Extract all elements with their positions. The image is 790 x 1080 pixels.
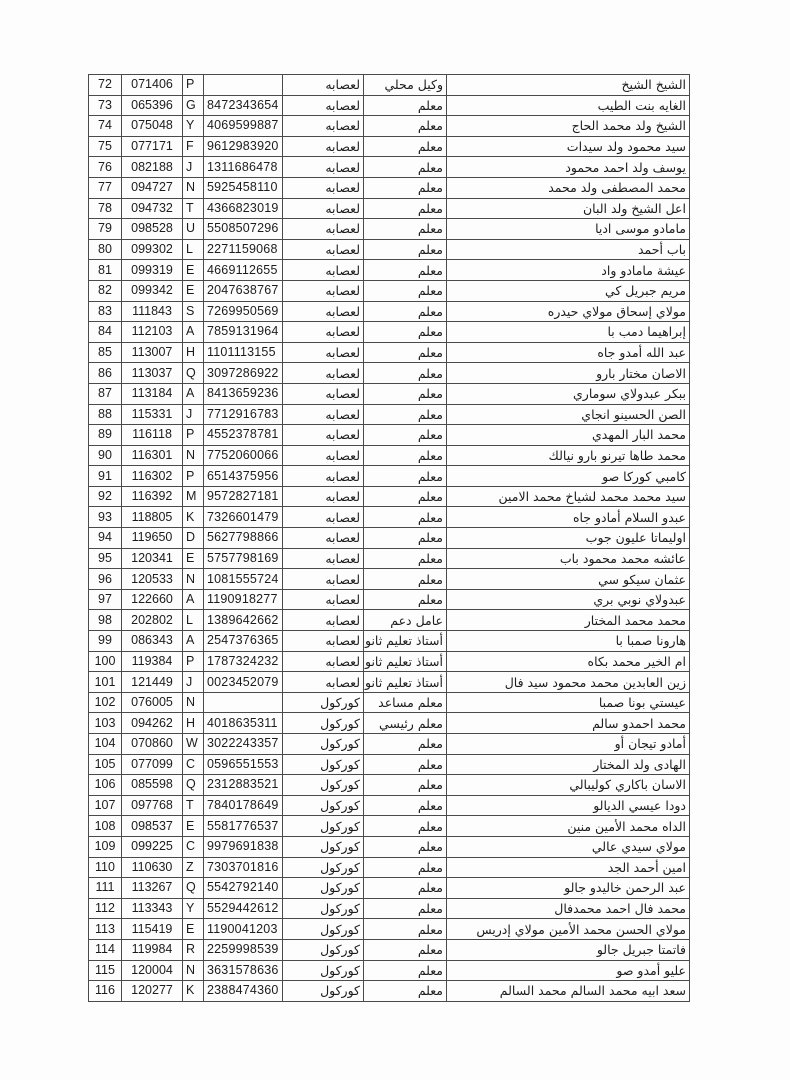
code-letter: Y [183,898,204,919]
full-name: عبدولاي نوبي بري [447,589,690,610]
location: لعصابه [283,280,364,301]
job-title: معلم [364,466,447,487]
location: لعصابه [283,383,364,404]
phone-number [204,75,283,96]
phone-number: 7269950569 [204,301,283,322]
table-row: 89 116118 P 4552378781 لعصابه معلم محمد … [89,425,690,446]
table-row: 110 110630 Z 7303701816 كوركول معلم امين… [89,857,690,878]
full-name: محمد محمد المختار [447,610,690,631]
employee-code: 086343 [122,631,183,652]
row-number: 105 [89,754,122,775]
location: كوركول [283,939,364,960]
employee-code: 116118 [122,425,183,446]
full-name: اعل الشيخ ولد البان [447,198,690,219]
table-row: 104 070860 W 3022243357 كوركول معلم أماد… [89,734,690,755]
location: كوركول [283,816,364,837]
row-number: 86 [89,363,122,384]
phone-number: 1787324232 [204,651,283,672]
row-number: 114 [89,939,122,960]
code-letter: J [183,672,204,693]
location: كوركول [283,713,364,734]
location: كوركول [283,754,364,775]
employee-code: 120004 [122,960,183,981]
phone-number: 8472343654 [204,95,283,116]
table-row: 102 076005 N كوركول معلم مساعد عيستي بون… [89,692,690,713]
job-title: معلم [364,198,447,219]
row-number: 106 [89,775,122,796]
code-letter: Y [183,116,204,137]
row-number: 92 [89,486,122,507]
job-title: معلم [364,404,447,425]
row-number: 84 [89,322,122,343]
phone-number: 7840178649 [204,795,283,816]
phone-number: 2047638767 [204,280,283,301]
employee-code: 111843 [122,301,183,322]
table-row: 92 116392 M 9572827181 لعصابه معلم سيد م… [89,486,690,507]
job-title: معلم [364,754,447,775]
employee-code: 118805 [122,507,183,528]
table-row: 88 115331 J 7712916783 لعصابه معلم الصن … [89,404,690,425]
row-number: 75 [89,136,122,157]
table-row: 107 097768 T 7840178649 كوركول معلم دودا… [89,795,690,816]
job-title: معلم مساعد [364,692,447,713]
phone-number: 5529442612 [204,898,283,919]
employee-code: 119984 [122,939,183,960]
row-number: 95 [89,548,122,569]
code-letter: P [183,466,204,487]
phone-number: 7326601479 [204,507,283,528]
employee-code: 115331 [122,404,183,425]
row-number: 109 [89,836,122,857]
job-title: معلم [364,342,447,363]
job-title: أستاذ تعليم ثانوي [364,672,447,693]
job-title: معلم [364,878,447,899]
location: لعصابه [283,322,364,343]
job-title: معلم [364,383,447,404]
row-number: 94 [89,528,122,549]
phone-number: 4069599887 [204,116,283,137]
phone-number: 7712916783 [204,404,283,425]
code-letter: T [183,795,204,816]
employee-code: 120341 [122,548,183,569]
code-letter: A [183,589,204,610]
phone-number: 4366823019 [204,198,283,219]
code-letter: L [183,239,204,260]
code-letter: Q [183,878,204,899]
employee-code: 094262 [122,713,183,734]
code-letter: K [183,981,204,1002]
full-name: مامادو موسى اديا [447,219,690,240]
row-number: 93 [89,507,122,528]
phone-number: 5542792140 [204,878,283,899]
code-letter: T [183,198,204,219]
phone-number: 2312883521 [204,775,283,796]
job-title: معلم [364,260,447,281]
table-row: 72 071406 P لعصابه وكيل محلي الشيخ الشيخ [89,75,690,96]
job-title: معلم [364,919,447,940]
document-page: 72 071406 P لعصابه وكيل محلي الشيخ الشيخ… [0,0,790,1080]
location: لعصابه [283,136,364,157]
full-name: عيشة مامادو واد [447,260,690,281]
code-letter: A [183,631,204,652]
job-title: معلم [364,960,447,981]
employee-code: 094727 [122,177,183,198]
table-row: 85 113007 H 1101113155 لعصابه معلم عبد ا… [89,342,690,363]
phone-number: 1081555724 [204,569,283,590]
table-row: 95 120341 E 5757798169 لعصابه معلم عائشه… [89,548,690,569]
full-name: كامبي كوركا صو [447,466,690,487]
code-letter: E [183,919,204,940]
phone-number: 7303701816 [204,857,283,878]
code-letter: E [183,260,204,281]
location: لعصابه [283,651,364,672]
job-title: معلم [364,569,447,590]
phone-number: 4552378781 [204,425,283,446]
row-number: 102 [89,692,122,713]
location: لعصابه [283,404,364,425]
phone-number: 1190918277 [204,589,283,610]
phone-number: 5581776537 [204,816,283,837]
full-name: باب أحمد [447,239,690,260]
full-name: محمد احمدو سالم [447,713,690,734]
row-number: 100 [89,651,122,672]
code-letter: D [183,528,204,549]
employee-code: 098528 [122,219,183,240]
phone-number: 8413659236 [204,383,283,404]
employee-code: 071406 [122,75,183,96]
full-name: عبدو السلام أمادو جاه [447,507,690,528]
full-name: ببكر عبدولاي سوماري [447,383,690,404]
location: لعصابه [283,445,364,466]
row-number: 83 [89,301,122,322]
job-title: معلم [364,898,447,919]
table-row: 112 113343 Y 5529442612 كوركول معلم محمد… [89,898,690,919]
job-title: معلم [364,939,447,960]
job-title: معلم [364,734,447,755]
employee-code: 113343 [122,898,183,919]
phone-number: 2259998539 [204,939,283,960]
full-name: زين العابدين محمد محمود سيد فال [447,672,690,693]
location: لعصابه [283,301,364,322]
table-row: 113 115419 E 1190041203 كوركول معلم مولا… [89,919,690,940]
code-letter: J [183,404,204,425]
code-letter: E [183,548,204,569]
table-row: 105 077099 C 0596551553 كوركول معلم الها… [89,754,690,775]
employee-code: 110630 [122,857,183,878]
full-name: الاصان مختار بارو [447,363,690,384]
phone-number: 9572827181 [204,486,283,507]
table-row: 97 122660 A 1190918277 لعصابه معلم عبدول… [89,589,690,610]
row-number: 90 [89,445,122,466]
employee-code: 119650 [122,528,183,549]
code-letter: Q [183,775,204,796]
code-letter: Z [183,857,204,878]
full-name: دودا عيسي الديالو [447,795,690,816]
full-name: امين أحمد الجد [447,857,690,878]
table-row: 77 094727 N 5925458110 لعصابه معلم محمد … [89,177,690,198]
location: لعصابه [283,672,364,693]
job-title: معلم [364,981,447,1002]
code-letter: M [183,486,204,507]
row-number: 79 [89,219,122,240]
job-title: معلم [364,795,447,816]
table-row: 86 113037 Q 3097286922 لعصابه معلم الاصا… [89,363,690,384]
row-number: 104 [89,734,122,755]
phone-number: 9979691838 [204,836,283,857]
location: كوركول [283,898,364,919]
code-letter: F [183,136,204,157]
location: لعصابه [283,569,364,590]
code-letter: K [183,507,204,528]
location: لعصابه [283,116,364,137]
personnel-table: 72 071406 P لعصابه وكيل محلي الشيخ الشيخ… [88,74,690,1002]
phone-number: 3097286922 [204,363,283,384]
code-letter: N [183,177,204,198]
row-number: 80 [89,239,122,260]
full-name: الهادى ولد المختار [447,754,690,775]
employee-code: 099319 [122,260,183,281]
employee-code: 076005 [122,692,183,713]
employee-code: 120277 [122,981,183,1002]
job-title: معلم [364,775,447,796]
full-name: الصن الحسينو انجاي [447,404,690,425]
job-title: معلم [364,301,447,322]
code-letter: S [183,301,204,322]
code-letter: H [183,342,204,363]
full-name: مريم جبريل كي [447,280,690,301]
table-row: 84 112103 A 7859131964 لعصابه معلم إبراه… [89,322,690,343]
code-letter: J [183,157,204,178]
code-letter: W [183,734,204,755]
code-letter: G [183,95,204,116]
full-name: سيد محمود ولد سيدات [447,136,690,157]
employee-code: 077171 [122,136,183,157]
employee-code: 120533 [122,569,183,590]
phone-number: 5627798866 [204,528,283,549]
employee-code: 112103 [122,322,183,343]
employee-code: 116301 [122,445,183,466]
table-row: 103 094262 H 4018635311 كوركول معلم رئيس… [89,713,690,734]
location: لعصابه [283,219,364,240]
employee-code: 099302 [122,239,183,260]
job-title: معلم [364,95,447,116]
employee-code: 113007 [122,342,183,363]
code-letter: L [183,610,204,631]
location: لعصابه [283,342,364,363]
table-row: 116 120277 K 2388474360 كوركول معلم سعد … [89,981,690,1002]
table-row: 99 086343 A 2547376365 لعصابه أستاذ تعلي… [89,631,690,652]
location: لعصابه [283,610,364,631]
table-row: 73 065396 G 8472343654 لعصابه معلم الغاي… [89,95,690,116]
phone-number: 1101113155 [204,342,283,363]
row-number: 82 [89,280,122,301]
table-row: 79 098528 U 5508507296 لعصابه معلم ماماد… [89,219,690,240]
table-row: 109 099225 C 9979691838 كوركول معلم مولا… [89,836,690,857]
code-letter: H [183,713,204,734]
row-number: 76 [89,157,122,178]
row-number: 78 [89,198,122,219]
row-number: 110 [89,857,122,878]
phone-number: 2271159068 [204,239,283,260]
row-number: 73 [89,95,122,116]
full-name: الشيخ الشيخ [447,75,690,96]
full-name: عائشه محمد محمود باب [447,548,690,569]
table-row: 101 121449 J 0023452079 لعصابه أستاذ تعل… [89,672,690,693]
job-title: معلم [364,528,447,549]
code-letter: C [183,754,204,775]
row-number: 98 [89,610,122,631]
location: لعصابه [283,631,364,652]
phone-number: 1190041203 [204,919,283,940]
phone-number: 7752060066 [204,445,283,466]
table-body: 72 071406 P لعصابه وكيل محلي الشيخ الشيخ… [89,75,690,1002]
job-title: معلم [364,157,447,178]
table-row: 114 119984 R 2259998539 كوركول معلم فاتم… [89,939,690,960]
table-row: 93 118805 K 7326601479 لعصابه معلم عبدو … [89,507,690,528]
table-row: 91 116302 P 6514375956 لعصابه معلم كامبي… [89,466,690,487]
row-number: 115 [89,960,122,981]
code-letter: A [183,322,204,343]
code-letter: E [183,280,204,301]
row-number: 107 [89,795,122,816]
employee-code: 202802 [122,610,183,631]
full-name: فاتمتا جبريل جالو [447,939,690,960]
row-number: 74 [89,116,122,137]
table-row: 80 099302 L 2271159068 لعصابه معلم باب أ… [89,239,690,260]
table-row: 81 099319 E 4669112655 لعصابه معلم عيشة … [89,260,690,281]
job-title: معلم [364,507,447,528]
job-title: وكيل محلي [364,75,447,96]
location: كوركول [283,981,364,1002]
table-row: 111 113267 Q 5542792140 كوركول معلم عبد … [89,878,690,899]
code-letter: A [183,383,204,404]
employee-code: 077099 [122,754,183,775]
job-title: معلم [364,857,447,878]
location: كوركول [283,878,364,899]
full-name: محمد المصطفى ولد محمد [447,177,690,198]
row-number: 81 [89,260,122,281]
full-name: ام الخير محمد بكاه [447,651,690,672]
job-title: أستاذ تعليم ثانوي [364,631,447,652]
full-name: عثمان سيكو سي [447,569,690,590]
employee-code: 113184 [122,383,183,404]
employee-code: 122660 [122,589,183,610]
employee-code: 121449 [122,672,183,693]
phone-number: 0023452079 [204,672,283,693]
employee-code: 115419 [122,919,183,940]
table-row: 87 113184 A 8413659236 لعصابه معلم ببكر … [89,383,690,404]
location: لعصابه [283,75,364,96]
table-row: 75 077171 F 9612983920 لعصابه معلم سيد م… [89,136,690,157]
code-letter: N [183,569,204,590]
employee-code: 082188 [122,157,183,178]
location: كوركول [283,775,364,796]
location: كوركول [283,836,364,857]
location: كوركول [283,857,364,878]
code-letter: Q [183,363,204,384]
phone-number: 5925458110 [204,177,283,198]
location: كوركول [283,692,364,713]
code-letter: P [183,425,204,446]
row-number: 91 [89,466,122,487]
employee-code: 065396 [122,95,183,116]
employee-code: 070860 [122,734,183,755]
phone-number: 0596551553 [204,754,283,775]
location: لعصابه [283,157,364,178]
full-name: سعد ابيه محمد السالم محمد السالم [447,981,690,1002]
job-title: معلم [364,363,447,384]
table-row: 74 075048 Y 4069599887 لعصابه معلم الشيخ… [89,116,690,137]
location: لعصابه [283,177,364,198]
full-name: عبد الله أمدو جاه [447,342,690,363]
row-number: 89 [89,425,122,446]
job-title: معلم [364,322,447,343]
full-name: محمد البار المهدي [447,425,690,446]
job-title: معلم [364,836,447,857]
row-number: 96 [89,569,122,590]
employee-code: 099225 [122,836,183,857]
full-name: عيستي بونا صمبا [447,692,690,713]
job-title: معلم [364,219,447,240]
table-row: 78 094732 T 4366823019 لعصابه معلم اعل ا… [89,198,690,219]
phone-number: 6514375956 [204,466,283,487]
code-letter: N [183,692,204,713]
table-row: 94 119650 D 5627798866 لعصابه معلم اوليم… [89,528,690,549]
table-row: 83 111843 S 7269950569 لعصابه معلم مولاي… [89,301,690,322]
full-name: الاسان باكاري كوليبالي [447,775,690,796]
full-name: اوليماتا عليون جوب [447,528,690,549]
location: لعصابه [283,198,364,219]
full-name: سيد محمد محمد لشياخ محمد الامين [447,486,690,507]
row-number: 116 [89,981,122,1002]
location: لعصابه [283,239,364,260]
job-title: معلم [364,445,447,466]
phone-number: 2388474360 [204,981,283,1002]
table-row: 82 099342 E 2047638767 لعصابه معلم مريم … [89,280,690,301]
job-title: أستاذ تعليم ثانوي [364,651,447,672]
row-number: 103 [89,713,122,734]
code-letter: C [183,836,204,857]
full-name: الشيخ ولد محمد الحاج [447,116,690,137]
location: كوركول [283,795,364,816]
location: كوركول [283,960,364,981]
table-row: 76 082188 J 1311686478 لعصابه معلم يوسف … [89,157,690,178]
table-row: 100 119384 P 1787324232 لعصابه أستاذ تعل… [89,651,690,672]
job-title: معلم [364,136,447,157]
row-number: 87 [89,383,122,404]
employee-code: 097768 [122,795,183,816]
row-number: 113 [89,919,122,940]
location: لعصابه [283,425,364,446]
phone-number: 4018635311 [204,713,283,734]
employee-code: 116302 [122,466,183,487]
location: لعصابه [283,507,364,528]
phone-number [204,692,283,713]
location: لعصابه [283,528,364,549]
table-row: 98 202802 L 1389642662 لعصابه عامل دعم م… [89,610,690,631]
row-number: 101 [89,672,122,693]
table-row: 96 120533 N 1081555724 لعصابه معلم عثمان… [89,569,690,590]
code-letter: P [183,75,204,96]
phone-number: 1311686478 [204,157,283,178]
employee-code: 119384 [122,651,183,672]
table-row: 115 120004 N 3631578636 كوركول معلم عليو… [89,960,690,981]
job-title: معلم رئيسي [364,713,447,734]
phone-number: 4669112655 [204,260,283,281]
location: لعصابه [283,363,364,384]
full-name: مولاي سيدي عالي [447,836,690,857]
location: لعصابه [283,589,364,610]
